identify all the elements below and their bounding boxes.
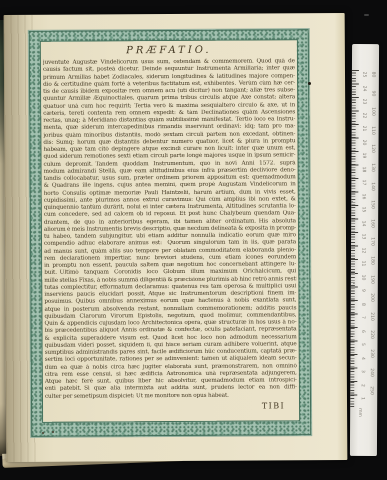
ruler-mm-label: 190 — [369, 274, 374, 284]
ruler-mm-numbers: 8090100110120130140150160170180190200210… — [366, 70, 368, 456]
ruler-cm-label: 5 — [360, 340, 365, 350]
ruler-cm-label: 8 — [360, 299, 365, 309]
ruler-cm-label: 25 — [361, 69, 366, 79]
text-line: culter per semetipsum dispiciet: Ut me m… — [45, 392, 297, 401]
ruler-mm-label: 250 — [369, 386, 374, 396]
ruler-cm-label: 22 — [361, 110, 366, 120]
book-page: PRÆFATIO. juventute Augustæ Vindelicorum… — [4, 13, 348, 462]
ruler-cm-label: 7 — [360, 313, 365, 323]
ruler-cm-label: 13 — [361, 232, 366, 242]
ruler-cm-label: 9 — [360, 286, 365, 296]
ruler-cm-label: 24 — [361, 83, 366, 93]
ruler-cm-label: 19 — [361, 151, 366, 161]
ruler-mm-label: 240 — [369, 367, 374, 377]
text-area: PRÆFATIO. juventute Augustæ Vindelicorum… — [41, 40, 299, 422]
catchword: TIBI — [45, 401, 297, 412]
ornamental-border: PRÆFATIO. juventute Augustæ Vindelicorum… — [29, 29, 311, 437]
ruler-cm-label: 4 — [360, 353, 365, 363]
ruler-cm-label: 11 — [360, 259, 365, 269]
ruler-cm-label: 14 — [361, 218, 366, 228]
ruler-mm-label: 140 — [370, 181, 375, 191]
text-line: enti patebit. Si quæ alia intermixta aut… — [45, 385, 297, 394]
ruler-mm-label: 200 — [369, 293, 374, 303]
page-title: PRÆFATIO. — [43, 44, 295, 58]
photo-stage: PRÆFATIO. juventute Augustæ Vindelicorum… — [0, 0, 387, 480]
ruler-cm-label: 18 — [361, 164, 366, 174]
ink-speck — [308, 82, 311, 85]
ruler-cm-label: 20 — [361, 137, 366, 147]
ruler-cm-label: 17 — [361, 178, 366, 188]
ruler-cm-label: 12 — [360, 245, 365, 255]
ruler-mm-label: 90 — [370, 88, 375, 98]
ruler-mm-label: 80 — [370, 70, 375, 80]
ruler-cm-label: 16 — [361, 191, 366, 201]
body-text: juventute Augustæ Vindelicorum usus sum,… — [43, 58, 297, 400]
ruler-major-ticks — [350, 70, 359, 408]
ruler-mm-label: 220 — [369, 330, 374, 340]
ruler-mm-label: 130 — [370, 163, 375, 173]
photo-artifact — [364, 14, 369, 16]
ruler-mm-label: 210 — [369, 311, 374, 321]
ruler-unit-label: mm — [357, 408, 362, 417]
ruler-mm-label: 230 — [369, 349, 374, 359]
ruler-cm-label: 15 — [361, 205, 366, 215]
ruler-cm-label: 10 — [360, 272, 365, 282]
ruler-mm-label: 180 — [369, 256, 374, 266]
ruler-cm-label: 2 — [360, 380, 365, 390]
ruler-cm-label: 21 — [361, 124, 366, 134]
ruler-cm-label: 23 — [361, 97, 366, 107]
ruler-mm-label: 160 — [370, 218, 375, 228]
ruler-mm-label: 100 — [370, 107, 375, 117]
ruler-mm-label: 150 — [370, 200, 375, 210]
ruler-mm-label: 120 — [370, 144, 375, 154]
ruler-mm-label: 110 — [370, 125, 375, 135]
ruler-cm-label: 1 — [360, 394, 365, 404]
ruler-cm-label: 3 — [360, 367, 365, 377]
ruler-mm-label: 170 — [370, 237, 375, 247]
ink-speck — [42, 432, 44, 434]
measurement-ruler: 2524232221201918171615141312111098765432… — [350, 44, 379, 456]
ink-speck — [52, 431, 54, 433]
ruler-cm-label: 6 — [360, 326, 365, 336]
